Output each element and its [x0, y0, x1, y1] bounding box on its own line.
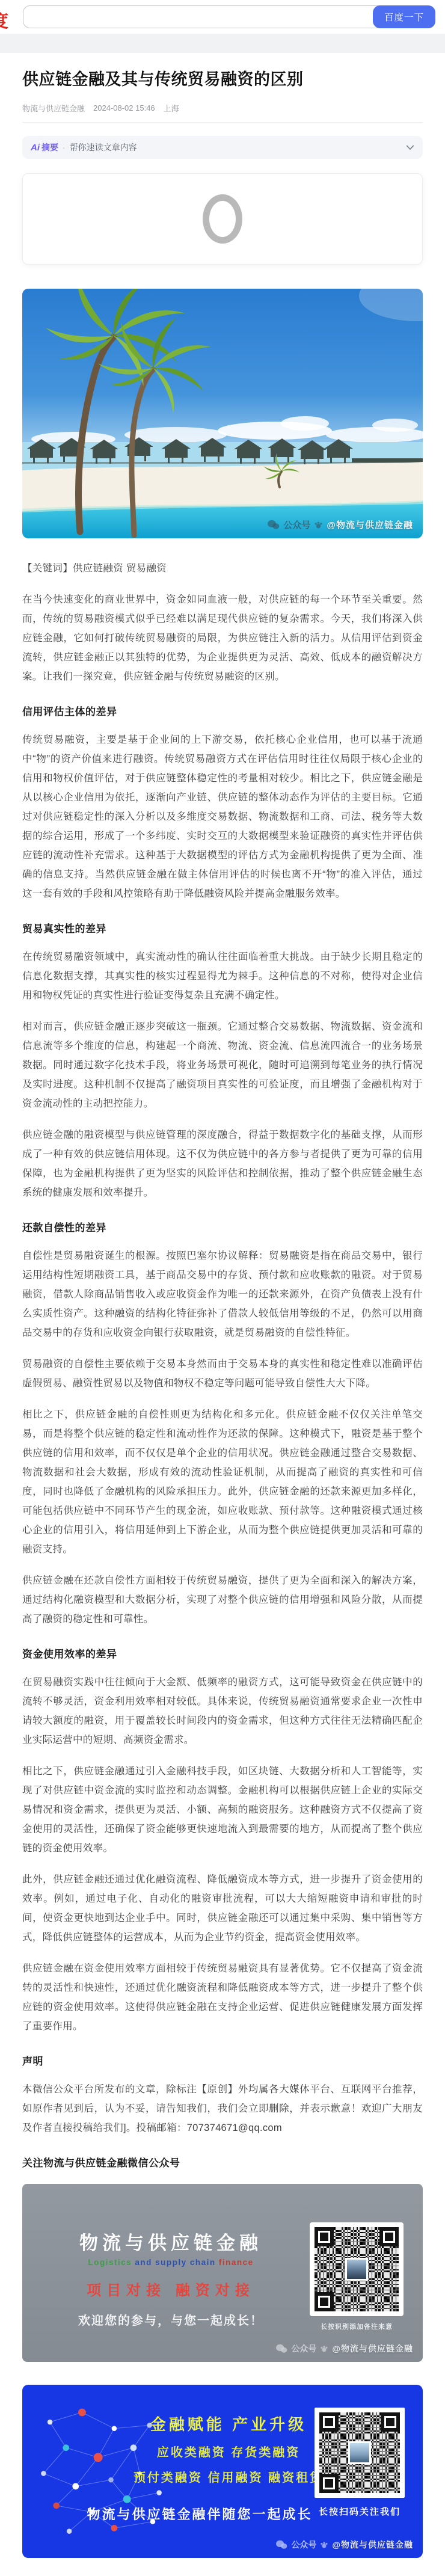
baidu-logo-fragment: 度 — [0, 8, 8, 32]
banner-line-welcome: 欢迎您的参与，与您一起成长！ — [78, 2311, 263, 2328]
gray-promo-banner[interactable]: 物流与供应链金融 Logistics and supply chain fina… — [22, 2184, 423, 2362]
watermark-prefix: 公众号 — [291, 2539, 316, 2551]
article-paragraph: 供应链金融在资金使用效率方面相较于传统贸易融资具有显著优势。它不仅提高了资金流转… — [22, 1959, 423, 2036]
article-paragraph: 相对而言，供应链金融正逐步突破这一瓶颈。它通过整合交易数据、物流数据、资金流和信… — [22, 1017, 423, 1113]
qr-finder-icon — [319, 2474, 339, 2493]
qr-finder-icon — [319, 2412, 339, 2432]
banner-brand-subtitle: Logistics and supply chain finance — [88, 2258, 253, 2267]
article-body: 【关键词】供应链融资 贸易融资在当今快速变化的商业世界中，资金如同血液一般，对供… — [22, 538, 423, 2138]
qr-finder-icon — [381, 2412, 400, 2432]
banner-line-project: 项目对接 融资对接 — [87, 2278, 255, 2299]
section-heading: 信用评估主体的差异 — [22, 703, 423, 718]
ai-summary-bar[interactable]: Ai 摘要 · 帮你速读文章内容 — [22, 136, 423, 159]
baidu-paw-icon — [320, 2344, 328, 2353]
beach-photo — [22, 289, 423, 538]
gray-banner-text: 物流与供应链金融 Logistics and supply chain fina… — [37, 2199, 305, 2353]
follow-heading: 关注物流与供应链金融微信公众号 — [22, 2154, 423, 2169]
baidu-paw-icon — [320, 2541, 328, 2549]
section-heading: 贸易真实性的差异 — [22, 920, 423, 935]
article-paragraph: 贸易融资的自偿性主要依赖于交易本身然而由于交易本身的真实性和稳定性难以准确评估虚… — [22, 1354, 423, 1393]
watermark-handle: @物流与供应链金融 — [332, 2539, 413, 2551]
banner-services-2: 预付类融资 信用融资 融资租赁 — [133, 2468, 324, 2485]
banner-brand-title: 物流与供应链金融 — [79, 2228, 262, 2255]
image-watermark: 公众号 @物流与供应链金融 — [267, 518, 413, 531]
article-meta: 物流与供应链金融 2024-08-02 15:46 上海 — [22, 102, 423, 114]
article-paragraph: 在传统贸易融资领域中，真实流动性的确认往往面临着重大挑战。由于缺少长期且稳定的信… — [22, 947, 423, 1005]
section-heading: 还款自偿性的差异 — [22, 1219, 423, 1234]
ai-summary-description: 帮你速读文章内容 — [70, 141, 137, 153]
account-name[interactable]: 物流与供应链金融 — [22, 102, 85, 114]
article-paragraph: 相比之下，供应链金融通过引入金融科技手段，如区块链、大数据分析和人工智能等，实现… — [22, 1762, 423, 1858]
baidu-topbar: 度 百度一下 — [0, 0, 445, 34]
article-paragraph: 供应链金融的融资模型与供应链管理的深度融合，得益于数据数字化的基础支撑，从而形成… — [22, 1125, 423, 1202]
subtitle-part-middle: and supply chain — [135, 2258, 219, 2267]
article-paragraph: 此外，供应链金融还通过优化融资流程、降低融资成本等方式，进一步提升了资金使用的效… — [22, 1870, 423, 1947]
baidu-search-button[interactable]: 百度一下 — [373, 5, 435, 28]
qr-finder-icon — [379, 2227, 399, 2246]
loading-card — [22, 173, 423, 265]
qr-finder-icon — [315, 2292, 334, 2311]
article-paragraph: 供应链金融在还款自偿性方面相较于传统贸易融资，提供了更为全面和深入的解决方案，通… — [22, 1571, 423, 1629]
watermark-prefix: 公众号 — [291, 2343, 316, 2355]
ai-summary-label: 摘要 — [41, 141, 58, 153]
wechat-icon — [267, 520, 280, 530]
blue-banner-text: 金融赋能 产业升级 应收类融资 存货类融资 预付类融资 信用融资 融资租赁 — [158, 2412, 299, 2485]
blue-banner-qr-area: 长按扫码关注我们 — [311, 2408, 408, 2518]
section-heading: 资金使用效率的差异 — [22, 1646, 423, 1661]
ai-icon: Ai — [31, 143, 40, 153]
qr-code — [310, 2222, 404, 2316]
loading-spinner-icon — [203, 194, 242, 244]
banner-growth-line: 物流与供应链金融伴随您一起成长 — [55, 2504, 344, 2523]
page: 度 百度一下 供应链金融及其与传统贸易融资的区别 物流与供应链金融 2024-0… — [0, 0, 445, 2576]
subtitle-part-logistics: Logistics — [88, 2258, 135, 2267]
article-paragraph: 传统贸易融资，主要是基于企业间的上下游交易，依托核心企业信用，也可以基于流通中“… — [22, 730, 423, 903]
watermark-handle: @物流与供应链金融 — [332, 2343, 413, 2355]
section-heading: 声明 — [22, 2053, 423, 2068]
article-paragraph: 在当今快速变化的商业世界中，资金如同血液一般，对供应链的每一个环节至关重要。然而… — [22, 590, 423, 686]
banner-services-1: 应收类融资 存货类融资 — [157, 2442, 301, 2460]
qr-caption: 长按识别添加备注来意 — [321, 2322, 393, 2331]
watermark-prefix: 公众号 — [283, 518, 310, 531]
chevron-down-icon[interactable] — [406, 145, 414, 150]
watermark-handle: @物流与供应链金融 — [327, 518, 413, 531]
publish-date: 2024-08-02 15:46 — [93, 103, 155, 112]
article-paragraph: 自偿性是贸易融资诞生的根源。按照巴塞尔协议解释：贸易融资是指在商品交易中，银行运… — [22, 1246, 423, 1342]
qr-code — [315, 2408, 405, 2498]
header-divider — [22, 122, 423, 123]
article-paragraph: 相比之下，供应链金融的自偿性则更为结构化和多元化。供应链金融不仅仅关注单笔交易，… — [22, 1405, 423, 1559]
ai-summary-separator: · — [63, 143, 66, 152]
qr-center-logo — [345, 2258, 368, 2281]
article-paragraph: 本微信公众平台所发布的文章，除标注【原创】外均属各大媒体平台、互联网平台推荐，如… — [22, 2080, 423, 2138]
article-paragraph: 在贸易融资实践中往往倾向于大金额、低频率的融资方式，这可能导致资金在供应链中的流… — [22, 1673, 423, 1750]
qr-finder-icon — [315, 2227, 334, 2246]
image-watermark: 公众号 @物流与供应链金融 — [275, 2539, 413, 2551]
wechat-icon — [275, 2344, 287, 2353]
blue-promo-banner[interactable]: 金融赋能 产业升级 应收类融资 存货类融资 预付类融资 信用融资 融资租赁 物流… — [22, 2385, 423, 2558]
gray-banner-qr-area: 长按识别添加备注来意 — [305, 2199, 408, 2353]
subtitle-part-finance: finance — [219, 2258, 254, 2267]
divider-band — [0, 34, 445, 53]
article-page: 供应链金融及其与传统贸易融资的区别 物流与供应链金融 2024-08-02 15… — [0, 69, 445, 2576]
wechat-icon — [275, 2540, 287, 2550]
baidu-paw-icon — [314, 520, 323, 529]
qr-caption: 长按扫码关注我们 — [319, 2505, 400, 2518]
publish-location: 上海 — [164, 102, 179, 114]
image-watermark: 公众号 @物流与供应链金融 — [275, 2343, 413, 2355]
article-paragraph: 【关键词】供应链融资 贸易融资 — [22, 559, 423, 578]
banner-slogan: 金融赋能 产业升级 — [150, 2412, 307, 2435]
page-title: 供应链金融及其与传统贸易融资的区别 — [22, 69, 423, 90]
qr-center-logo — [348, 2441, 371, 2464]
hero-image[interactable]: 公众号 @物流与供应链金融 — [22, 289, 423, 538]
search-bar: 百度一下 — [23, 5, 435, 28]
